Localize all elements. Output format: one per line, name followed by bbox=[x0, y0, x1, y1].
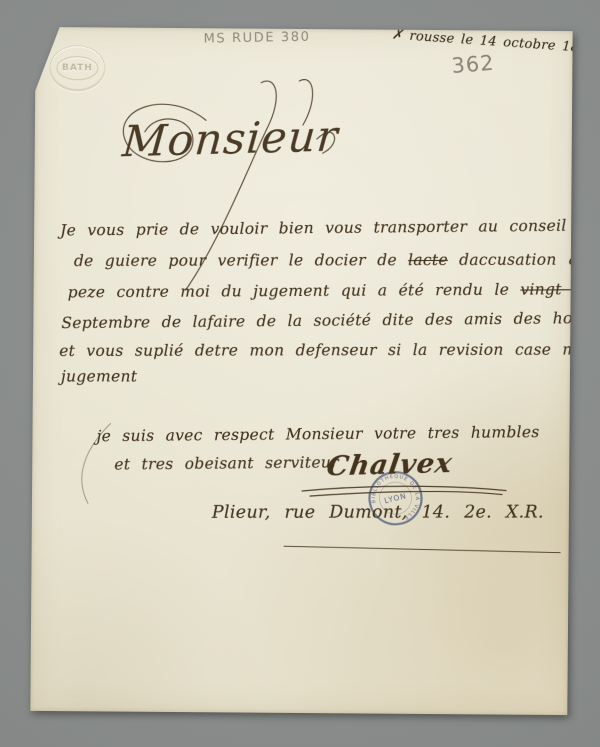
folio-number-pencil-note: 362 bbox=[451, 51, 496, 78]
letter-paper: BATH MS RUDE 380 ✗ rousse le 14 octobre … bbox=[30, 27, 572, 715]
struck-words: vingt cinq bbox=[520, 280, 600, 299]
address-underline-rule bbox=[284, 546, 561, 554]
letter-body-line-5: et vous suplié detre mon defenseur si la… bbox=[59, 341, 597, 360]
embossed-stamp-text: BATH bbox=[62, 63, 93, 73]
struck-word: lacte bbox=[408, 251, 448, 269]
letter-body-line-3: peze contre moi du jugement qui a été re… bbox=[68, 280, 600, 302]
scanned-letter-photo: { "scene": { "description": "Scanned han… bbox=[0, 0, 600, 747]
letter-body-line-6: jugement bbox=[61, 367, 137, 385]
line2-text-end: daccusation qui bbox=[459, 251, 594, 269]
letter-paper-wrapper: BATH MS RUDE 380 ✗ rousse le 14 octobre … bbox=[30, 27, 572, 715]
letter-body-line-4: Septembre de lafaire de la société dite … bbox=[61, 309, 600, 333]
line2-text: de guiere pour verifier le docier de bbox=[74, 251, 397, 270]
address-line-text: Plieur, rue Dumont, 14. 2e. X.R. bbox=[212, 502, 544, 522]
closing-line-2: et tres obeisant serviteur bbox=[114, 453, 339, 473]
salutation-text: Monsieur bbox=[121, 112, 341, 168]
letter-body-line-1: Je vous prie de vouloir bien vous transp… bbox=[60, 217, 567, 240]
embossed-stamp-oval: BATH bbox=[56, 56, 98, 80]
signature-paraph-underline bbox=[300, 481, 510, 503]
shelfmark-pencil-note: MS RUDE 380 bbox=[203, 30, 310, 47]
signature-text: Chalvex bbox=[325, 448, 455, 482]
received-date-ink-note: ✗ rousse le 14 octobre 1850 bbox=[391, 27, 597, 56]
letter-body-line-2: de guiere pour verifier le docier de lac… bbox=[74, 251, 594, 270]
line3-text: peze contre moi du jugement qui a été re… bbox=[68, 281, 510, 302]
closing-line-1: je suis avec respect Monsieur votre tres… bbox=[96, 423, 539, 445]
